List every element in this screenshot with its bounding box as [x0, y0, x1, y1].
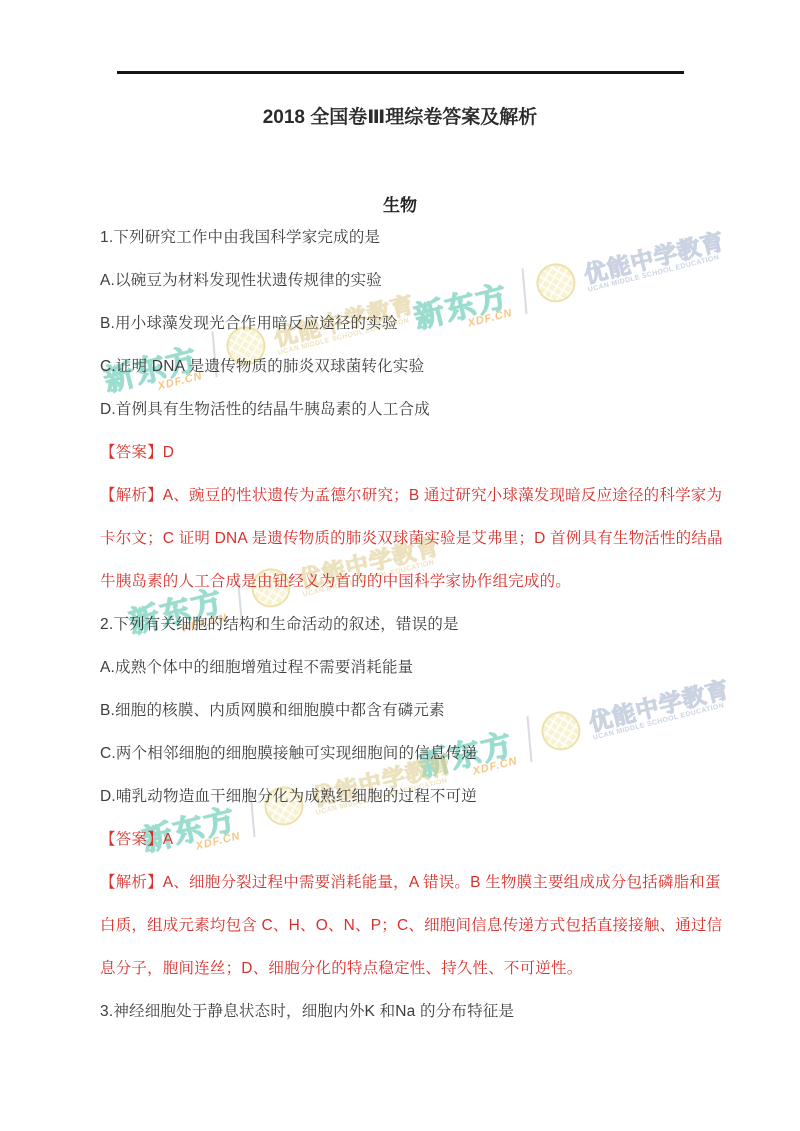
line-option: D.哺乳动物造血干细胞分化为成熟红细胞的过程不可逆	[100, 775, 740, 818]
document-title: 2018 全国卷Ⅲ理综卷答案及解析	[0, 102, 800, 129]
line-analysis: 息分子，胞间连丝；D、细胞分化的特点稳定性、持久性、不可逆性。	[100, 947, 740, 990]
line-option: D.首例具有生物活性的结晶牛胰岛素的人工合成	[100, 388, 740, 431]
line-analysis: 【解析】A、豌豆的性状遗传为孟德尔研究；B 通过研究小球藻发现暗反应途径的科学家…	[100, 474, 740, 517]
document-page: 新东方 XDF.CN 优能中学教育 UCAN MIDDLE SCHOOL EDU…	[0, 0, 800, 1131]
line-option: B.用小球藻发现光合作用暗反应途径的实验	[100, 302, 740, 345]
line-question: 1.下列研究工作中由我国科学家完成的是	[100, 216, 740, 259]
line-answer: 【答案】D	[100, 431, 740, 474]
line-option: C.证明 DNA 是遗传物质的肺炎双球菌转化实验	[100, 345, 740, 388]
section-heading: 生物	[0, 191, 800, 216]
line-option: B.细胞的核膜、内质网膜和细胞膜中都含有磷元素	[100, 689, 740, 732]
line-analysis: 白质，组成元素均包含 C、H、O、N、P；C、细胞间信息传递方式包括直接接触、通…	[100, 904, 740, 947]
line-analysis: 卡尔文；C 证明 DNA 是遗传物质的肺炎双球菌实验是艾弗里；D 首例具有生物活…	[100, 517, 740, 560]
header-rule	[117, 71, 684, 74]
line-option: A.成熟个体中的细胞增殖过程不需要消耗能量	[100, 646, 740, 689]
line-option: C.两个相邻细胞的细胞膜接触可实现细胞间的信息传递	[100, 732, 740, 775]
document-body: 1.下列研究工作中由我国科学家完成的是A.以碗豆为材料发现性状遗传规律的实验B.…	[100, 216, 740, 1033]
line-question: 2.下列有关细胞的结构和生命活动的叙述，错误的是	[100, 603, 740, 646]
line-option: A.以碗豆为材料发现性状遗传规律的实验	[100, 259, 740, 302]
line-question: 3.神经细胞处于静息状态时，细胞内外K 和Na 的分布特征是	[100, 990, 740, 1033]
line-analysis: 【解析】A、细胞分裂过程中需要消耗能量，A 错误。B 生物膜主要组成成分包括磷脂…	[100, 861, 740, 904]
line-answer: 【答案】A	[100, 818, 740, 861]
line-analysis: 牛胰岛素的人工合成是由钮经义为首的的中国科学家协作组完成的。	[100, 560, 740, 603]
